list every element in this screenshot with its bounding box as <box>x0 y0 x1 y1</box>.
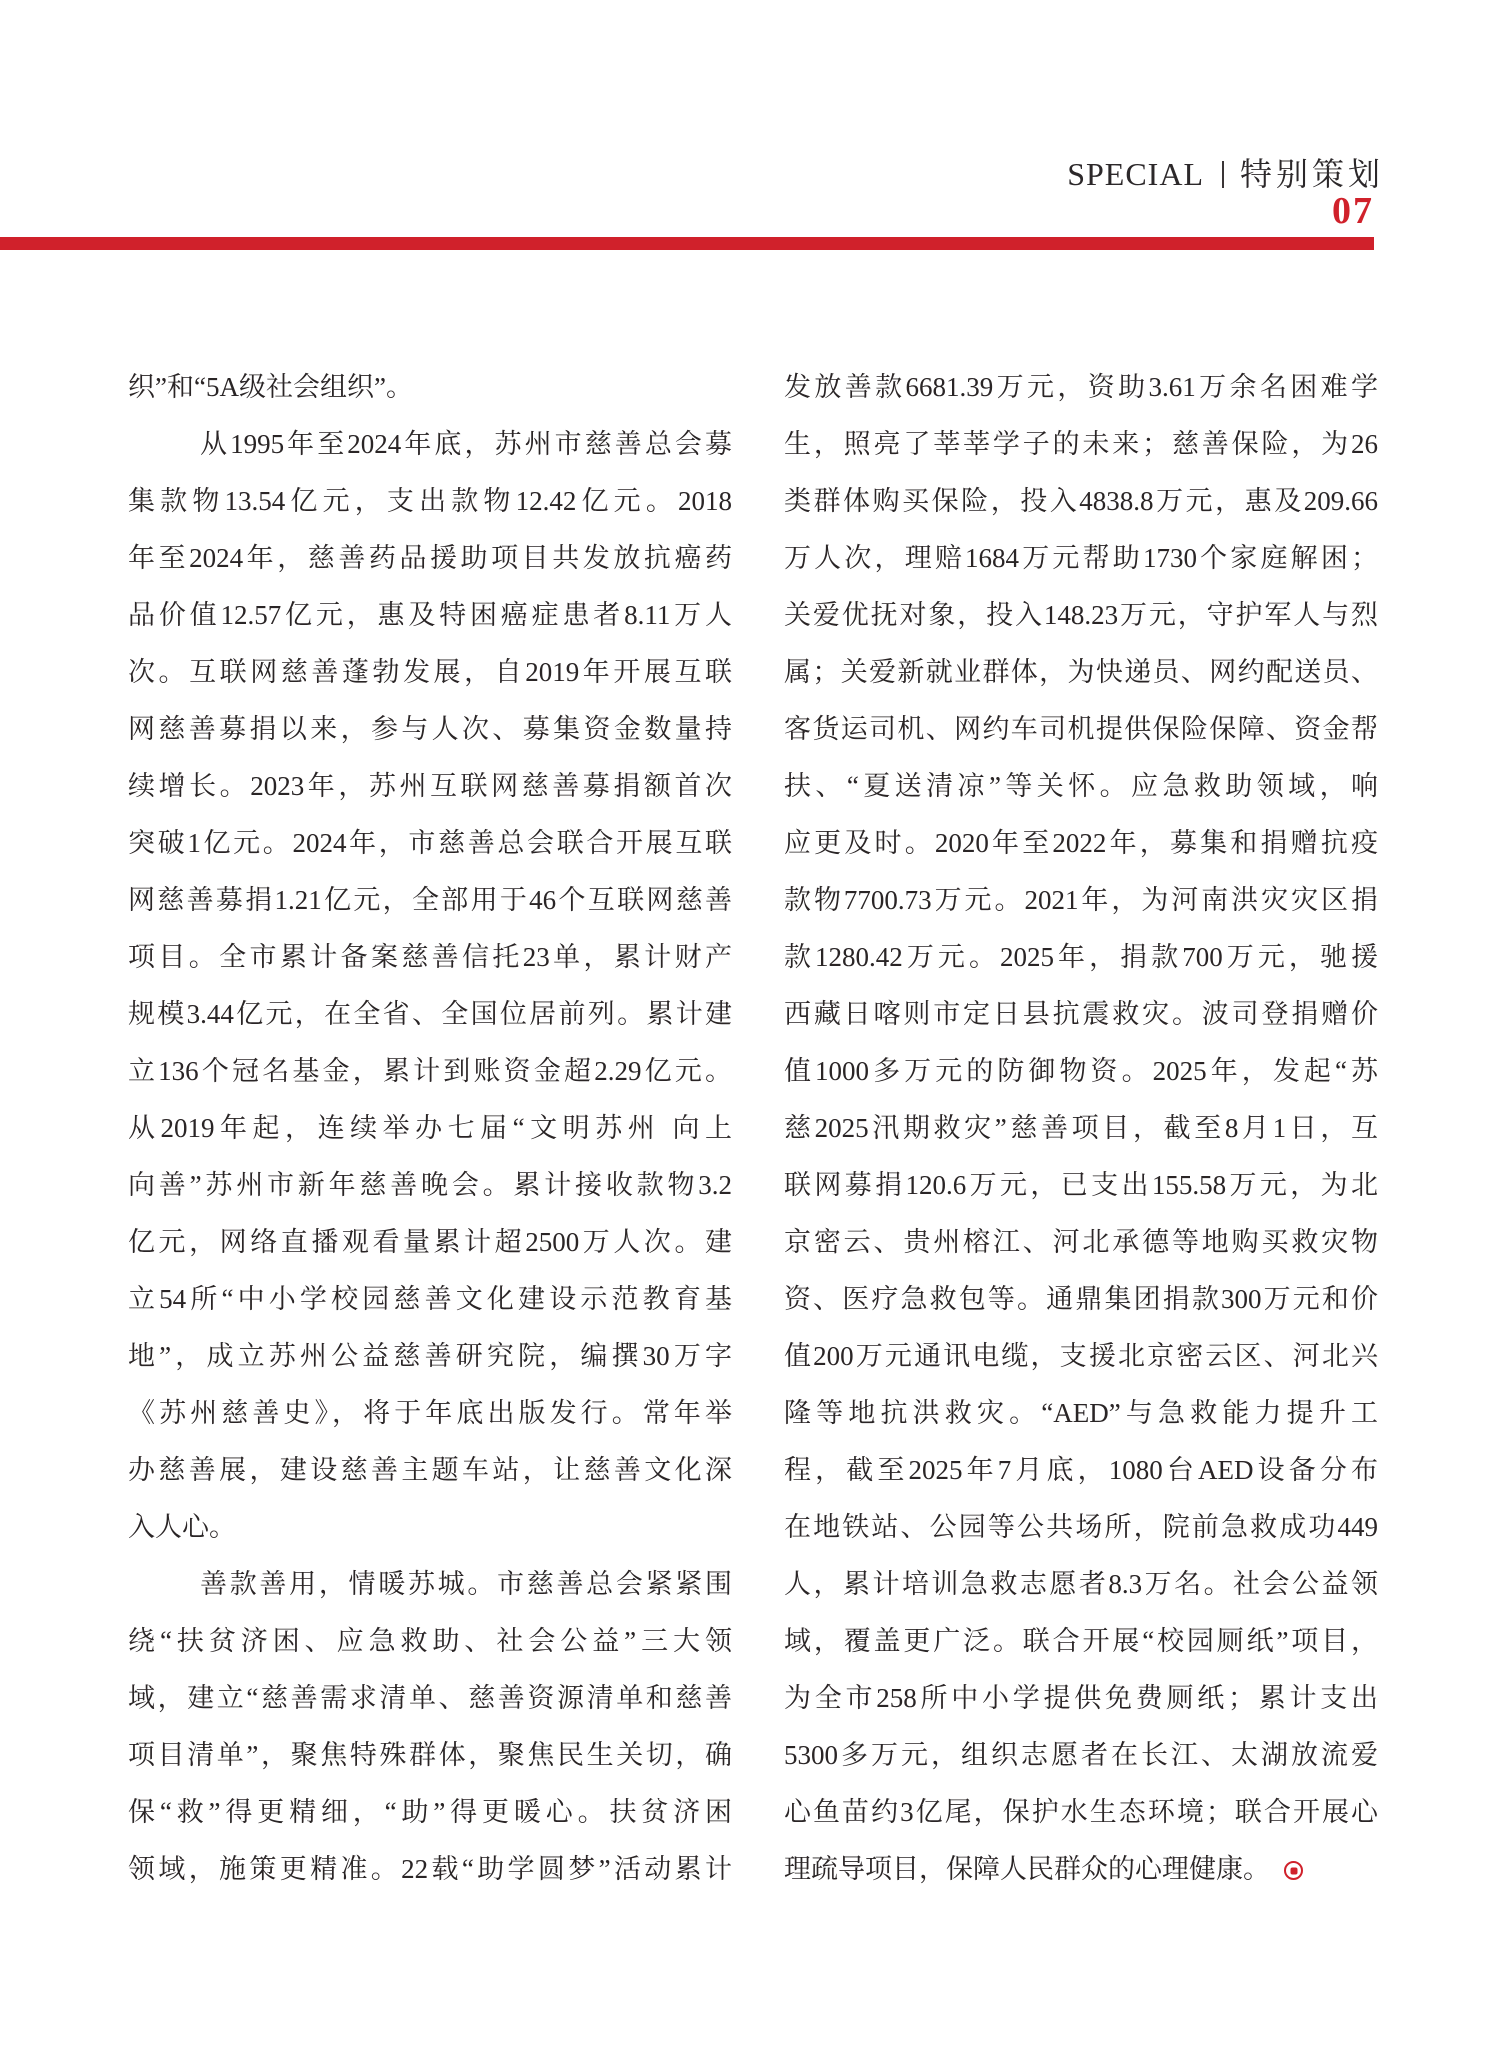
text-line: 值200万元通讯电缆，支援北京密云区、河北兴 <box>784 1328 1378 1385</box>
text-line: 资、医疗急救包等。通鼎集团捐款300万元和价 <box>784 1271 1378 1328</box>
text-line: 项目清单”，聚焦特殊群体，聚焦民生关切，确 <box>128 1727 732 1784</box>
text-line: 从1995年至2024年底，苏州市慈善总会募 <box>128 416 732 473</box>
text-line: 地”，成立苏州公益慈善研究院，编撰30万字 <box>128 1328 732 1385</box>
text-line: 项目。全市累计备案慈善信托23单，累计财产 <box>128 929 732 986</box>
text-line: 善款善用，情暖苏城。市慈善总会紧紧围 <box>128 1556 732 1613</box>
text-line: 域，覆盖更广泛。联合开展“校园厕纸”项目， <box>784 1613 1378 1670</box>
text-line: 领域，施策更精准。22载“助学圆梦”活动累计 <box>128 1841 732 1898</box>
text-line: 5300多万元，组织志愿者在长江、太湖放流爱 <box>784 1727 1378 1784</box>
text-line: 程，截至2025年7月底，1080台AED设备分布 <box>784 1442 1378 1499</box>
text-line: 突破1亿元。2024年，市慈善总会联合开展互联 <box>128 815 732 872</box>
section-title: SPECIAL特别策划 <box>1067 156 1380 192</box>
red-rule-divider <box>0 237 1374 250</box>
text-line: 隆等地抗洪救灾。“AED”与急救能力提升工 <box>784 1385 1378 1442</box>
title-divider-bar <box>1222 161 1224 188</box>
text-line: 亿元，网络直播观看量累计超2500万人次。建 <box>128 1214 732 1271</box>
page-number: 07 <box>1332 192 1374 230</box>
text-line: 从2019年起，连续举办七届“文明苏州 向上 <box>128 1100 732 1157</box>
text-line: 慈2025汛期救灾”慈善项目，截至8月1日，互 <box>784 1100 1378 1157</box>
text-line: 立136个冠名基金，累计到账资金超2.29亿元。 <box>128 1043 732 1100</box>
text-line: 款物7700.73万元。2021年，为河南洪灾灾区捐 <box>784 872 1378 929</box>
text-line: 域，建立“慈善需求清单、慈善资源清单和慈善 <box>128 1670 732 1727</box>
text-line: 品价值12.57亿元，惠及特困癌症患者8.11万人 <box>128 587 732 644</box>
text-line: 网慈善募捐1.21亿元，全部用于46个互联网慈善 <box>128 872 732 929</box>
text-line: 织”和“5A级社会组织”。 <box>128 359 732 416</box>
text-line: 关爱优抚对象，投入148.23万元，守护军人与烈 <box>784 587 1378 644</box>
text-line: 人，累计培训急救志愿者8.3万名。社会公益领 <box>784 1556 1378 1613</box>
text-line: 应更及时。2020年至2022年，募集和捐赠抗疫 <box>784 815 1378 872</box>
text-line: 值1000多万元的防御物资。2025年，发起“苏 <box>784 1043 1378 1100</box>
text-line: 西藏日喀则市定日县抗震救灾。波司登捐赠价 <box>784 986 1378 1043</box>
text-line: 绕“扶贫济困、应急救助、社会公益”三大领 <box>128 1613 732 1670</box>
text-line: 扶、“夏送清凉”等关怀。应急救助领域，响 <box>784 758 1378 815</box>
article-column-left: 织”和“5A级社会组织”。从1995年至2024年底，苏州市慈善总会募集款物13… <box>128 359 732 1898</box>
text-line: 为全市258所中小学提供免费厕纸；累计支出 <box>784 1670 1378 1727</box>
text-line: 类群体购买保险，投入4838.8万元，惠及209.66 <box>784 473 1378 530</box>
text-line: 在地铁站、公园等公共场所，院前急救成功449 <box>784 1499 1378 1556</box>
text-line: 办慈善展，建设慈善主题车站，让慈善文化深 <box>128 1442 732 1499</box>
text-line: 网慈善募捐以来，参与人次、募集资金数量持 <box>128 701 732 758</box>
magazine-page: SPECIAL特别策划 07 织”和“5A级社会组织”。从1995年至2024年… <box>0 0 1500 2046</box>
text-line: 款1280.42万元。2025年，捐款700万元，驰援 <box>784 929 1378 986</box>
text-line: 规模3.44亿元，在全省、全国位居前列。累计建 <box>128 986 732 1043</box>
article-column-right: 发放善款6681.39万元，资助3.61万余名困难学生，照亮了莘莘学子的未来；慈… <box>784 359 1378 1898</box>
section-title-zh: 特别策划 <box>1240 156 1384 192</box>
text-line: 京密云、贵州榕江、河北承德等地购买救灾物 <box>784 1214 1378 1271</box>
seal-core-mark <box>1290 1867 1297 1874</box>
text-line: 联网募捐120.6万元，已支出155.58万元，为北 <box>784 1157 1378 1214</box>
text-line: 立54所“中小学校园慈善文化建设示范教育基 <box>128 1271 732 1328</box>
text-line: 向善”苏州市新年慈善晚会。累计接收款物3.2 <box>128 1157 732 1214</box>
text-line: 理疏导项目，保障人民群众的心理健康。 <box>784 1841 1378 1898</box>
article-end-seal-icon <box>1284 1861 1303 1880</box>
text-line: 《苏州慈善史》，将于年底出版发行。常年举 <box>128 1385 732 1442</box>
text-line: 发放善款6681.39万元，资助3.61万余名困难学 <box>784 359 1378 416</box>
text-line: 集款物13.54亿元，支出款物12.42亿元。2018 <box>128 473 732 530</box>
text-line: 次。互联网慈善蓬勃发展，自2019年开展互联 <box>128 644 732 701</box>
text-line: 入人心。 <box>128 1499 732 1556</box>
text-line: 客货运司机、网约车司机提供保险保障、资金帮 <box>784 701 1378 758</box>
text-line: 生，照亮了莘莘学子的未来；慈善保险，为26 <box>784 416 1378 473</box>
section-title-en: SPECIAL <box>1067 156 1204 192</box>
text-line: 保“救”得更精细，“助”得更暖心。扶贫济困 <box>128 1784 732 1841</box>
text-line: 续增长。2023年，苏州互联网慈善募捐额首次 <box>128 758 732 815</box>
text-line: 年至2024年，慈善药品援助项目共发放抗癌药 <box>128 530 732 587</box>
text-line: 属；关爱新就业群体，为快递员、网约配送员、 <box>784 644 1378 701</box>
text-line: 万人次，理赔1684万元帮助1730个家庭解困； <box>784 530 1378 587</box>
text-line: 心鱼苗约3亿尾，保护水生态环境；联合开展心 <box>784 1784 1378 1841</box>
